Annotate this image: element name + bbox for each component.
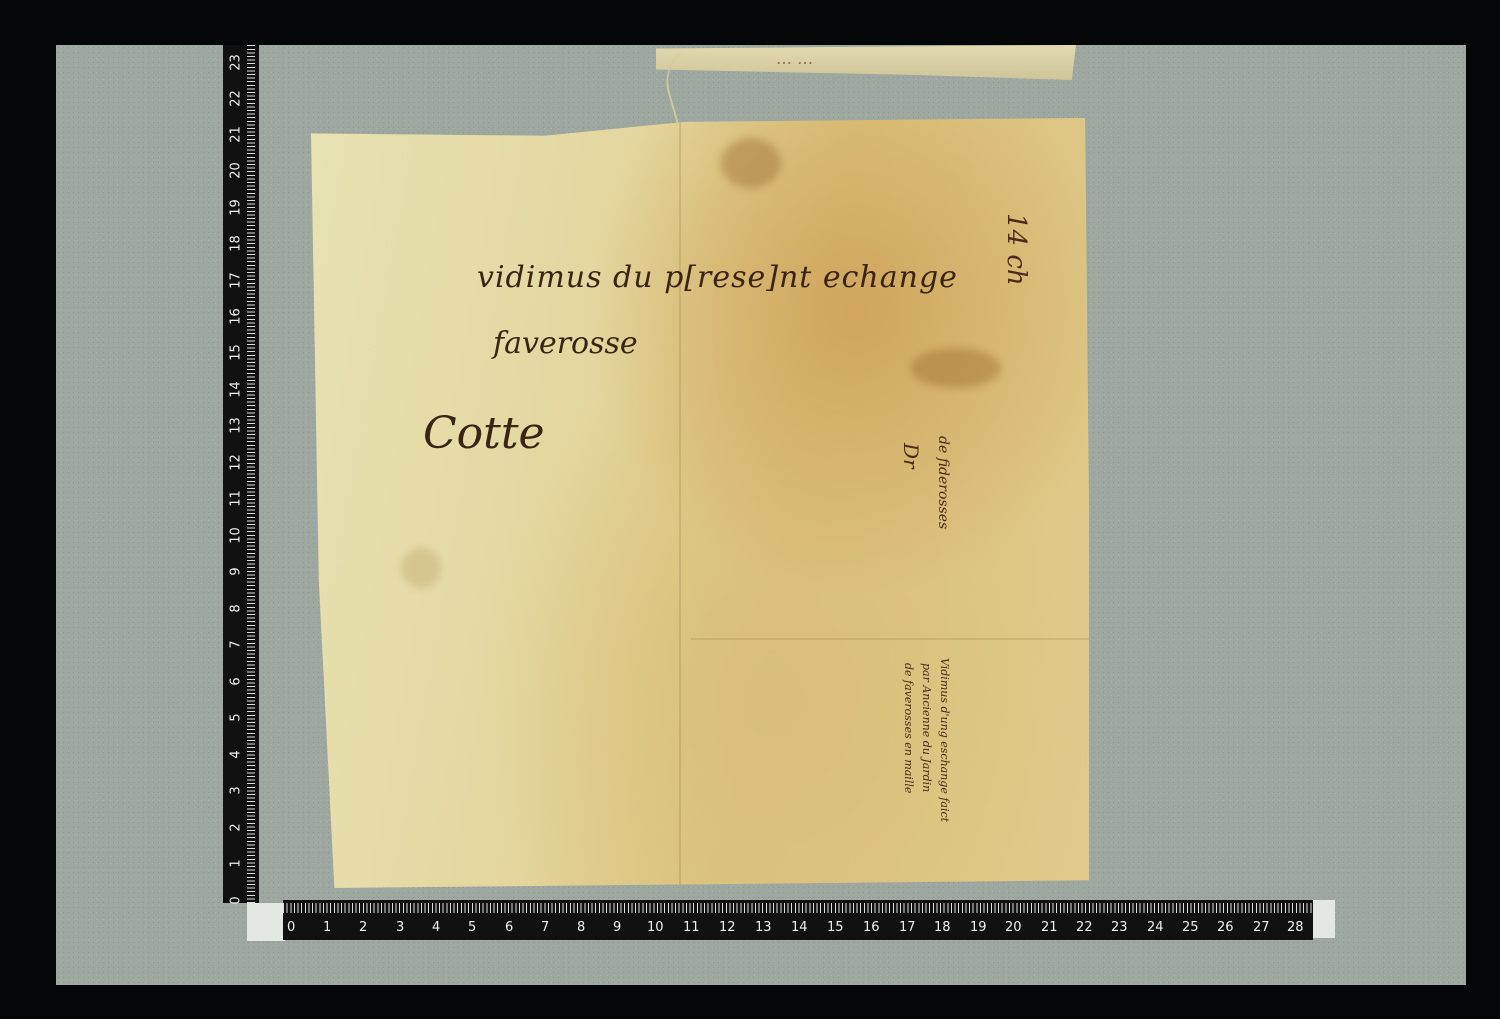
endorsement-line-2: faverosse [493, 326, 638, 361]
ruler-label: 12 [719, 920, 736, 935]
ruler-label: 7 [541, 920, 549, 935]
ruler-label: 3 [229, 780, 244, 802]
ruler-label: 4 [229, 744, 244, 766]
ruler-label: 7 [229, 634, 244, 656]
ruler-label: 17 [899, 920, 916, 935]
vertical-ruler: 0 1 2 3 4 5 6 7 8 9 10 11 12 13 14 15 16… [223, 45, 259, 903]
stain [401, 548, 441, 588]
vertical-note-top: 14 ch [1001, 213, 1031, 286]
ruler-label: 6 [229, 671, 244, 693]
ruler-label: 20 [1005, 920, 1022, 935]
endorsement-cotte: Cotte [423, 408, 545, 459]
ruler-label: 19 [229, 197, 244, 219]
vertical-note-bottom-1: Vidimus d'ung eschange faict [938, 658, 951, 822]
vertical-note-bottom-2: par Ancienne du Jardin [920, 663, 933, 792]
ruler-label: 2 [359, 920, 367, 935]
ruler-end-patch [1313, 900, 1335, 938]
ruler-label: 14 [229, 379, 244, 401]
ruler-label: 5 [229, 707, 244, 729]
ruler-label: 17 [229, 270, 244, 292]
ruler-label: 8 [577, 920, 585, 935]
ruler-label: 22 [229, 88, 244, 110]
ruler-label: 14 [791, 920, 808, 935]
ruler-label: 16 [863, 920, 880, 935]
ruler-calibration-patch [247, 903, 285, 941]
ruler-label: 23 [229, 52, 244, 74]
ruler-label: 28 [1287, 920, 1304, 935]
ruler-label: 15 [827, 920, 844, 935]
ruler-label: 12 [229, 452, 244, 474]
parchment-document: vidimus du p[rese]nt echange faverosse C… [311, 118, 1089, 888]
ruler-label: 15 [229, 342, 244, 364]
ruler-label: 9 [229, 561, 244, 583]
ruler-label: 20 [229, 160, 244, 182]
ruler-label: 13 [229, 415, 244, 437]
ruler-label: 23 [1111, 920, 1128, 935]
ruler-label: 21 [229, 124, 244, 146]
ruler-label: 18 [934, 920, 951, 935]
ruler-label: 0 [229, 890, 244, 912]
ruler-label: 3 [396, 920, 404, 935]
vertical-note-bottom-3: de faverosses en maille [902, 663, 915, 793]
ruler-label: 2 [229, 817, 244, 839]
ruler-label: 8 [229, 598, 244, 620]
ruler-label: 6 [505, 920, 513, 935]
ruler-label: 22 [1076, 920, 1093, 935]
ruler-label: 9 [613, 920, 621, 935]
ruler-label: 21 [1041, 920, 1058, 935]
top-strip-text: … … [776, 49, 813, 68]
endorsement-line-1: vidimus du p[rese]nt echange [477, 260, 958, 295]
ruler-label: 11 [229, 488, 244, 510]
ruler-label: 11 [683, 920, 700, 935]
ruler-label: 26 [1217, 920, 1234, 935]
ruler-label: 13 [755, 920, 772, 935]
ruler-label: 24 [1147, 920, 1164, 935]
stain [911, 348, 1001, 388]
ruler-label: 18 [229, 233, 244, 255]
ruler-label: 19 [970, 920, 987, 935]
ruler-label: 25 [1182, 920, 1199, 935]
horizontal-ruler: 0 1 2 3 4 5 6 7 8 9 10 11 12 13 14 15 16… [283, 900, 1313, 940]
fold-line-vertical [679, 118, 681, 888]
ruler-label: 1 [323, 920, 331, 935]
vertical-note-mid: de fiderosses [935, 436, 951, 529]
ruler-label: 1 [229, 853, 244, 875]
stain [721, 138, 781, 188]
ruler-label: 0 [287, 920, 295, 935]
ruler-label: 5 [468, 920, 476, 935]
ruler-label: 10 [229, 525, 244, 547]
ruler-label: 4 [432, 920, 440, 935]
ruler-label: 27 [1253, 920, 1270, 935]
vertical-mark: Dr [899, 443, 923, 469]
ruler-label: 16 [229, 306, 244, 328]
fold-line-horizontal [691, 638, 1091, 640]
ruler-label: 10 [647, 920, 664, 935]
